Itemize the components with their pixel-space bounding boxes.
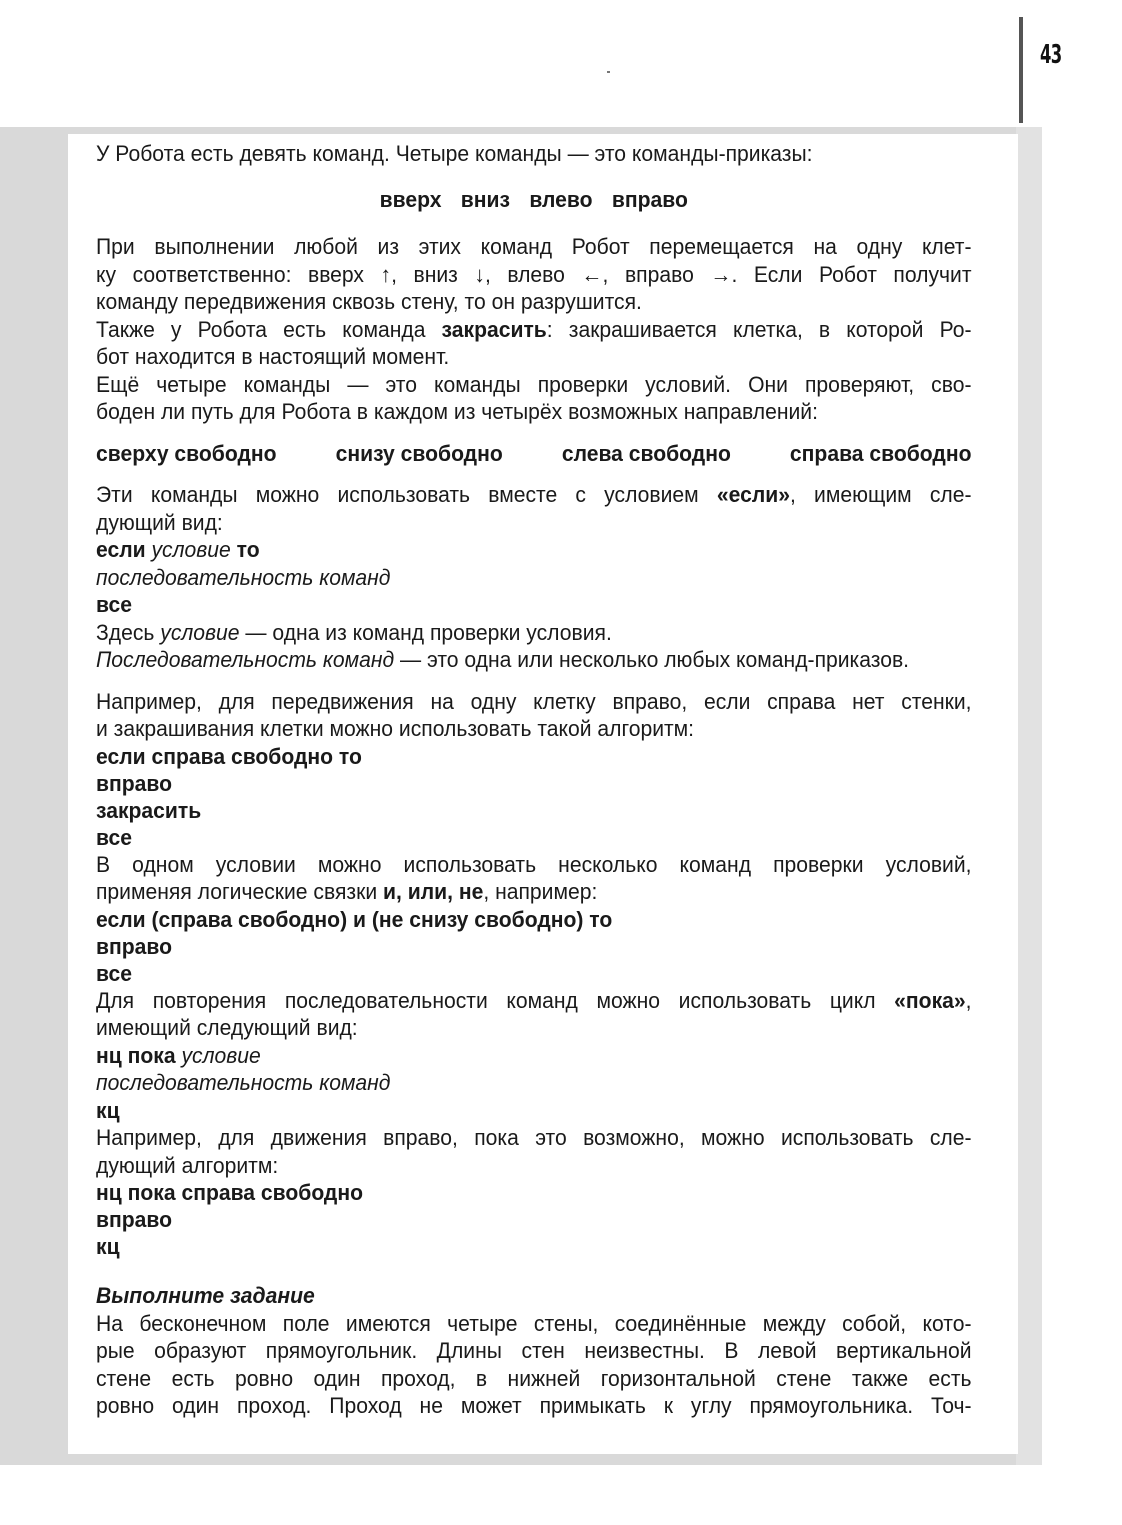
check-desc-line: боден ли путь для Робота в каждом из чет…: [96, 398, 972, 426]
if-syntax-head: если условие то: [96, 536, 972, 564]
code-line: кц: [96, 1233, 972, 1260]
example3-desc-line: дующий алгоритм:: [96, 1152, 972, 1180]
code-line: вправо: [96, 1206, 972, 1233]
kw-then: то: [237, 537, 260, 562]
check-up: сверху свободно: [96, 440, 277, 468]
example1-desc-line: Например, для передвижения на одну клетк…: [96, 688, 972, 716]
syntax-condition: условие: [181, 1043, 260, 1068]
header-rule: [1019, 17, 1023, 123]
if-explain-line: Здесь условие — одна из команд проверки …: [96, 619, 972, 647]
explain-term: Последовательность команд: [96, 647, 394, 672]
logic-desc-line: применяя логические связки и, или, не, н…: [96, 878, 972, 906]
command-down: вниз: [461, 187, 510, 212]
if-desc-line: дующий вид:: [96, 509, 972, 537]
page-number: 43: [1040, 40, 1061, 70]
loop-desc: Для повторения последовательности команд…: [96, 987, 972, 1015]
if-keyword: «если»: [717, 482, 790, 507]
if-desc: Эти команды можно использовать вместе с …: [96, 481, 972, 509]
kw-loop-start: нц пока: [96, 1043, 176, 1068]
explain-term: условие: [160, 620, 239, 645]
command-left: влево: [529, 187, 592, 212]
if-syntax-body: последовательность команд: [96, 564, 972, 592]
paint-desc: Также у Робота есть команда закрасить: з…: [96, 316, 972, 344]
example3-desc-line: Например, для движения вправо, пока это …: [96, 1124, 972, 1152]
code-line: все: [96, 824, 972, 851]
paint-desc-line: бот находится в настоящий момент.: [96, 343, 972, 371]
explain-suffix: — это одна или несколько любых команд-пр…: [394, 647, 909, 672]
code-line: закрасить: [96, 797, 972, 824]
logic-suffix: , например:: [483, 879, 597, 904]
code-line: нц пока справа свободно: [96, 1179, 972, 1206]
code-line: если (справа свободно) и (не снизу свобо…: [96, 906, 972, 933]
loop-keyword: «пока»: [894, 988, 965, 1013]
task-title: Выполните задание: [96, 1282, 972, 1310]
task-line: стене есть ровно один проход, в нижней г…: [96, 1365, 972, 1393]
loop-syntax-head: нц пока условие: [96, 1042, 972, 1070]
loop-desc-line: имеющий следующий вид:: [96, 1014, 972, 1042]
code-line: вправо: [96, 933, 972, 960]
example1-desc-line: и закрашивания клетки можно использовать…: [96, 715, 972, 743]
scan-speck: [607, 71, 610, 73]
if-desc-suffix: , имеющим сле-: [790, 482, 972, 507]
loop-desc-prefix: Для повторения последовательности команд…: [96, 988, 894, 1013]
page-frame-edge: [1016, 127, 1042, 1465]
kw-if: если: [96, 537, 146, 562]
check-right: справа свободно: [790, 440, 972, 468]
code-line: вправо: [96, 770, 972, 797]
if-syntax-end: все: [96, 591, 972, 619]
command-up: вверх: [380, 187, 442, 212]
check-down: снизу свободно: [336, 440, 503, 468]
check-desc-line: Ещё четыре команды — это команды проверк…: [96, 371, 972, 399]
if-desc-prefix: Эти команды можно использовать вместе с …: [96, 482, 717, 507]
loop-syntax-end: кц: [96, 1097, 972, 1125]
task-line: ровно один проход. Проход не может примы…: [96, 1392, 972, 1420]
command-right: вправо: [612, 187, 688, 212]
code-line: если справа свободно то: [96, 743, 972, 770]
if-explain-line: Последовательность команд — это одна или…: [96, 646, 972, 674]
check-left: слева свободно: [562, 440, 731, 468]
intro-paragraph: У Робота есть девять команд. Четыре кома…: [96, 140, 972, 168]
task-line: На бесконечном поле имеются четыре стены…: [96, 1310, 972, 1338]
logic-operators: и, или, не: [383, 879, 483, 904]
move-commands: вверх вниз влево вправо: [96, 186, 972, 214]
code-line: все: [96, 960, 972, 987]
explain-prefix: Здесь: [96, 620, 160, 645]
logic-desc-line: В одном условии можно использовать неско…: [96, 851, 972, 879]
move-desc-line: ку соответственно: вверх ↑, вниз ↓, влев…: [96, 261, 972, 289]
move-desc-line: При выполнении любой из этих команд Робо…: [96, 233, 972, 261]
paint-command: закрасить: [442, 317, 547, 342]
move-desc-line: команду передвижения сквозь стену, то он…: [96, 288, 972, 316]
syntax-condition: условие: [152, 537, 231, 562]
loop-desc-suffix: ,: [966, 988, 972, 1013]
loop-syntax-body: последовательность команд: [96, 1069, 972, 1097]
check-commands: сверху свободно снизу свободно слева сво…: [96, 440, 972, 468]
logic-prefix: применяя логические связки: [96, 879, 383, 904]
paint-desc-suffix: : закрашивается клетка, в которой Ро-: [547, 317, 972, 342]
paint-desc-prefix: Также у Робота есть команда: [96, 317, 442, 342]
document-body: У Робота есть девять команд. Четыре кома…: [96, 140, 972, 1420]
task-line: рые образуют прямоугольник. Длины стен н…: [96, 1337, 972, 1365]
explain-suffix: — одна из команд проверки условия.: [240, 620, 612, 645]
